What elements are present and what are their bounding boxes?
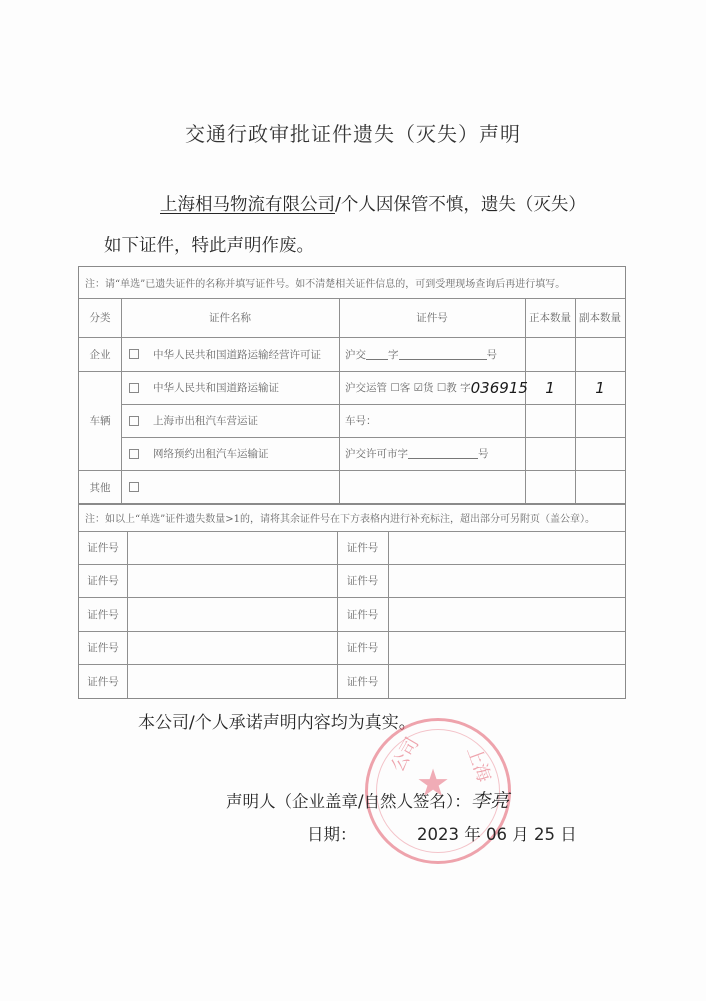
statement-line-1: 上海相马物流有限公司/个人因保管不慎，遗失（灭失） xyxy=(144,191,586,216)
date-label: 日期： xyxy=(307,825,357,844)
header-cert-name: 证件名称 xyxy=(121,298,339,337)
cert-no-input[interactable] xyxy=(127,597,337,631)
checkbox-taxi-permit[interactable] xyxy=(129,416,139,426)
date-line: 日期： 2023 年 06 月 25 日 xyxy=(307,821,577,845)
cert-name-business-license: 中华人民共和国道路运输经营许可证 xyxy=(153,347,321,362)
handwritten-cert-number: 036915 xyxy=(471,379,528,397)
cert-name-ride-hailing-cert: 网络预约出租汽车运输证 xyxy=(153,446,269,461)
declarant-label: 声明人（企业盖章/自然人签名）： xyxy=(226,792,471,811)
cert-no-input[interactable] xyxy=(127,631,337,664)
cert-no-taxi-permit: 车号： xyxy=(345,404,525,437)
category-enterprise: 企业 xyxy=(79,337,121,371)
cert-no-input[interactable] xyxy=(388,597,625,631)
cert-no-input[interactable] xyxy=(388,564,625,597)
header-cert-no: 证件号 xyxy=(339,298,525,337)
cert-no-label: 证件号 xyxy=(79,664,127,698)
date-day: 25 xyxy=(534,825,555,844)
signature: 李亮 xyxy=(471,790,509,812)
header-copy-qty: 副本数量 xyxy=(579,298,621,337)
cert-name-road-transport-cert: 中华人民共和国道路运输证 xyxy=(153,380,279,395)
upper-table-note: 注：请“单选”已遗失证件的名称并填写证件号。如不清楚相关证件信息的，可到受理现场… xyxy=(85,267,625,298)
checkbox-other[interactable] xyxy=(129,482,139,492)
category-other: 其他 xyxy=(79,470,121,504)
cert-no-input[interactable] xyxy=(388,664,625,698)
cert-no-input[interactable] xyxy=(388,531,625,564)
blank-field[interactable] xyxy=(408,448,478,459)
cert-no-label: 证件号 xyxy=(79,597,127,631)
row-other xyxy=(129,470,339,504)
category-vehicle: 车辆 xyxy=(79,371,121,470)
cert-no-label: 证件号 xyxy=(337,631,388,664)
original-qty-road-transport: 1 xyxy=(525,371,575,404)
statement-line-2: 如下证件，特此声明作废。 xyxy=(104,232,314,257)
copy-qty-road-transport: 1 xyxy=(575,371,625,404)
cert-name-taxi-permit: 上海市出租汽车营运证 xyxy=(153,413,258,428)
cert-no-ride-hailing-cert: 沪交许可市字 号 xyxy=(345,437,525,470)
header-category: 分类 xyxy=(79,298,121,337)
statement-line-1-rest: /个人因保管不慎，遗失（灭失） xyxy=(335,195,586,215)
cert-no-input[interactable] xyxy=(127,664,337,698)
cert-no-input[interactable] xyxy=(127,531,337,564)
cert-no-label: 证件号 xyxy=(79,531,127,564)
blank-field[interactable] xyxy=(366,349,388,360)
checkbox-road-transport-cert[interactable] xyxy=(129,383,139,393)
document-title: 交通行政审批证件遗失（灭失）声明 xyxy=(0,118,706,147)
row-ride-hailing-cert: 网络预约出租汽车运输证 xyxy=(129,437,339,470)
row-road-transport-cert: 中华人民共和国道路运输证 xyxy=(129,371,339,404)
row-taxi-permit: 上海市出租汽车营运证 xyxy=(129,404,339,437)
cert-no-road-transport-cert: 沪交运管 ☐客 ☑货 ☐教 字 036915 xyxy=(345,371,525,404)
cert-no-label: 证件号 xyxy=(337,564,388,597)
cert-no-business-license: 沪交 字 号 xyxy=(345,337,525,371)
cert-no-label: 证件号 xyxy=(337,597,388,631)
lower-table: 注：如以上“单选”证件遗失数量>1的，请将其余证件号在下方表格内进行补充标注，超… xyxy=(78,503,626,699)
blank-field[interactable] xyxy=(399,349,487,360)
date-month: 06 xyxy=(486,825,507,844)
declarant-line: 声明人（企业盖章/自然人签名）：李亮 xyxy=(226,786,509,813)
option-training[interactable]: ☐教 xyxy=(437,380,457,395)
cert-no-label: 证件号 xyxy=(337,664,388,698)
company-name: 上海相马物流有限公司 xyxy=(144,195,335,215)
date-year: 2023 xyxy=(417,825,459,844)
upper-table: 注：请“单选”已遗失证件的名称并填写证件号。如不清楚相关证件信息的，可到受理现场… xyxy=(78,266,626,505)
commitment-text: 本公司/个人承诺声明内容均为真实。 xyxy=(138,708,416,733)
cert-no-label: 证件号 xyxy=(79,631,127,664)
cert-no-label: 证件号 xyxy=(337,531,388,564)
cert-no-input[interactable] xyxy=(127,564,337,597)
cert-no-input[interactable] xyxy=(388,631,625,664)
option-cargo[interactable]: ☑货 xyxy=(414,380,434,395)
header-original-qty: 正本数量 xyxy=(529,298,571,337)
row-business-license: 中华人民共和国道路运输经营许可证 xyxy=(129,337,339,371)
checkbox-ride-hailing-cert[interactable] xyxy=(129,449,139,459)
option-passenger[interactable]: ☐客 xyxy=(390,380,410,395)
cert-no-label: 证件号 xyxy=(79,564,127,597)
lower-table-note: 注：如以上“单选”证件遗失数量>1的，请将其余证件号在下方表格内进行补充标注，超… xyxy=(85,504,625,531)
checkbox-business-license[interactable] xyxy=(129,349,139,359)
